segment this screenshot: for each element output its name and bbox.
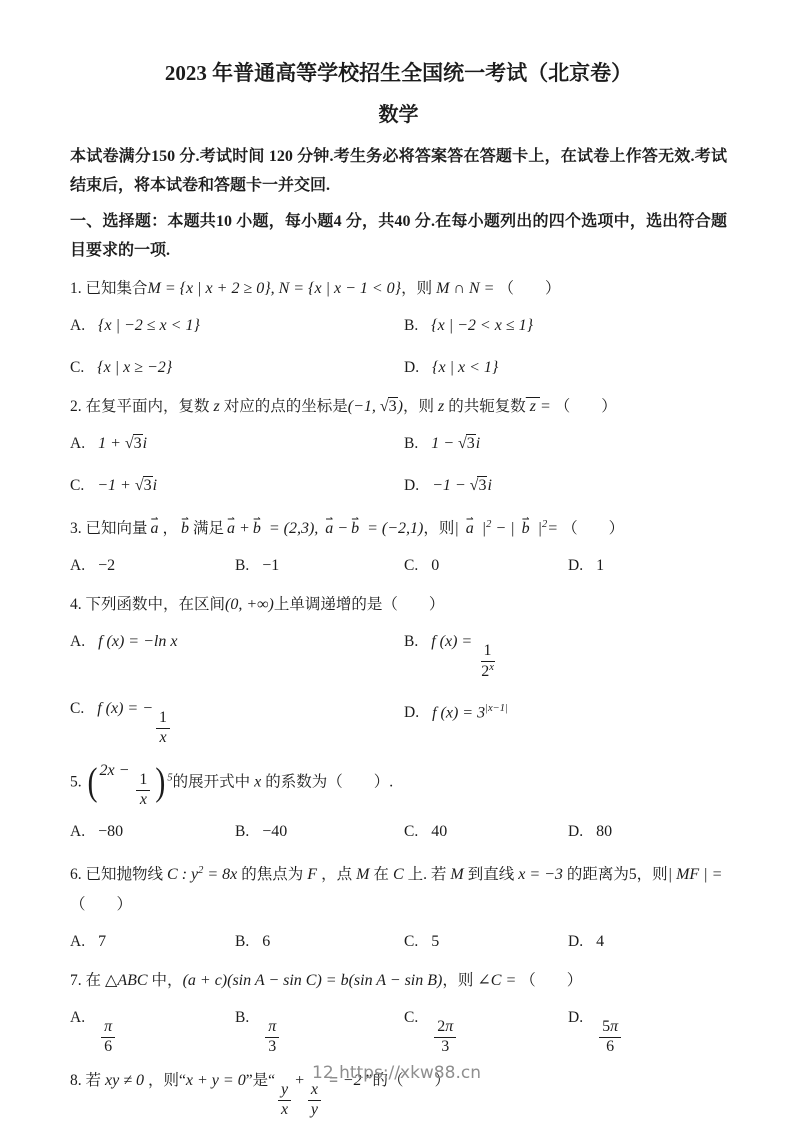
question-1-option-C: C.{x | x ≥ −2} [70,353,404,383]
text-run: 4. 下列函数中，在区间 [70,596,225,613]
vector-var: b⇀ [253,514,261,544]
math-run: π [104,1018,112,1035]
vector-var: a⇀ [466,514,474,544]
text-run: 上. 若 [408,866,447,883]
math-run: z [210,398,224,415]
question-5-option-B: B.−40 [235,817,404,847]
math-run: = (−2,1) [363,520,423,537]
text-run: 的系数为（ ）. [265,774,393,791]
math-run: f (x) = − [97,700,153,717]
vector-arrow-icon: ⇀ [522,504,530,534]
square-root: √3 [125,435,143,452]
math-run: | MF | = [668,866,723,883]
question-4: 4. 下列函数中，在区间(0, +∞)上单调递增的是（ ）A.f (x) = −… [70,590,727,747]
text-run: 满足 [193,520,224,537]
question-2-option-D: D.−1 − √3i [404,471,727,501]
square-root: √3 [470,477,488,494]
question-3-option-A: A.−2 [70,551,235,581]
question-5: 5. (2x − 1x)5的展开式中 x 的系数为（ ）.A.−80B.−40C… [70,756,727,847]
denominator: 6 [604,1038,616,1057]
question-4-option-D: D.f (x) = 3|x−1| [404,694,727,748]
numerator: x [308,1081,321,1101]
math-run: 1 + [98,435,125,452]
vector-arrow-icon: ⇀ [151,504,159,534]
math-run: 3 [268,1038,276,1055]
fraction: yx [278,1081,291,1120]
vector-arrow-icon: ⇀ [181,504,189,534]
text-run: 6. 已知抛物线 [70,866,163,883]
question-3-stem: 3. 已知向量a⇀，b⇀满足a⇀+b⇀ = (2,3), a⇀−b⇀ = (−2… [70,510,727,544]
question-7-option-A: A.π6 [70,1003,235,1057]
math-run: − [337,520,348,537]
denominator: 2x [479,662,496,682]
question-2-stem: 2. 在复平面内，复数 z 对应的点的坐标是(−1, √3)，则 z 的共轭复数… [70,392,727,422]
math-run: y [281,1081,288,1098]
math-run: −1 − [432,477,470,494]
question-1: 1. 已知集合M = {x | x + 2 ≥ 0}, N = {x | x −… [70,274,727,383]
fraction: π6 [101,1018,115,1057]
math-run: 1 [159,709,167,726]
paren-inner: 2x − 1x [99,756,155,810]
question-5-option-A: A.−80 [70,817,235,847]
option-label: D. [404,359,419,376]
question-1-stem: 1. 已知集合M = {x | x + 2 ≥ 0}, N = {x | x −… [70,274,727,304]
option-label: C. [70,477,84,494]
math-run: ∠C = [473,972,520,989]
question-6-option-C: C.5 [404,927,568,957]
question-1-option-B: B.{x | −2 < x ≤ 1} [404,311,727,341]
text-run: ， [163,520,179,537]
option-label: C. [70,359,84,376]
question-1-option-D: D.{x | x < 1} [404,353,727,383]
math-run: 1 [596,557,604,574]
numerator: 2π [434,1018,456,1038]
math-run: y [311,1101,318,1118]
option-label: D. [404,477,419,494]
option-label: A. [70,317,85,334]
math-run: 2x − [100,762,134,779]
math-run: 7 [98,933,106,950]
option-label: B. [235,823,249,840]
option-label: B. [235,933,249,950]
numerator: 1 [156,709,170,729]
question-1-option-A: A.{x | −2 ≤ x < 1} [70,311,404,341]
option-label: C. [70,700,84,717]
text-run: 7. 在 [70,972,101,989]
text-run: （ ） [520,972,582,989]
fraction: 1x [136,771,150,810]
math-run: △ABC [101,972,152,989]
question-4-option-A: A.f (x) = −ln x [70,627,404,682]
math-run: i [487,477,491,494]
vector-arrow-icon: ⇀ [253,504,261,534]
math-run: − | [491,520,518,537]
radicand: 3 [466,434,476,452]
math-run: M = {x | x + 2 ≥ 0}, N = {x | x − 1 < 0} [148,280,402,297]
math-run: (a + c)(sin A − sin C) = b(sin A − sin B… [183,972,443,989]
question-6-option-B: B.6 [235,927,404,957]
vector-var: b⇀ [351,514,359,544]
question-7-options: A.π6B.π3C.2π3D.5π6 [70,1003,727,1057]
text-run: ，则 [423,520,454,537]
text-run: 的焦点为 [241,866,303,883]
math-run: 40 [431,823,447,840]
question-3-option-D: D.1 [568,551,727,581]
math-run: i [476,435,480,452]
exam-subject-title: 数学 [70,102,727,128]
math-run: 5 [602,1018,610,1035]
text-run: ，则 [442,972,473,989]
math-run: 6 [262,933,270,950]
question-5-option-C: C.40 [404,817,568,847]
question-2-option-C: C.−1 + √3i [70,471,404,501]
denominator: y [309,1101,320,1120]
text-run: 的展开式中 [173,774,251,791]
math-run: x [250,774,265,791]
math-run: M [352,866,373,883]
superscript: x [489,662,494,673]
square-root: √3 [380,398,398,415]
math-run: (0, +∞) [225,596,274,613]
math-run: 6 [606,1038,614,1055]
square-root: √3 [135,477,153,494]
fraction: π3 [265,1018,279,1057]
option-label: A. [70,633,85,650]
superscript: |x−1| [485,703,508,714]
math-run: M [446,866,467,883]
option-label: B. [235,1009,249,1026]
question-7-option-C: C.2π3 [404,1003,568,1057]
vector-arrow-icon: ⇀ [227,504,235,534]
question-7-option-D: D.5π6 [568,1003,727,1057]
left-paren: ( [87,764,99,803]
text-run: 上单调递增的是（ ） [274,596,445,613]
fraction: xy [308,1081,321,1120]
text-run: 到直线 [468,866,515,883]
fraction: 5π6 [599,1018,621,1057]
math-run: x [281,1101,288,1118]
option-label: A. [70,823,85,840]
option-label: C. [404,557,418,574]
question-3-options: A.−2B.−1C.0D.1 [70,551,727,581]
math-run: | [454,520,462,537]
fraction: 1x [156,709,170,748]
option-label: A. [70,933,85,950]
math-run: {x | x < 1} [432,359,498,376]
denominator: x [157,729,168,748]
question-2-options: A.1 + √3iB.1 − √3iC.−1 + √3iD.−1 − √3i [70,429,727,501]
page-content: 2023 年普通高等学校招生全国统一考试（北京卷） 数学 本试卷满分150 分.… [0,0,793,1120]
option-label: B. [404,317,418,334]
math-run: {x | −2 < x ≤ 1} [431,317,533,334]
text-run: ，点 [321,866,352,883]
numerator: 1 [481,642,495,662]
math-run: 0 [431,557,439,574]
math-run: F [303,866,321,883]
math-run: x = −3 [514,866,567,883]
option-label: C. [404,1009,418,1026]
text-run: （ ） [555,398,617,415]
math-run: {x | x ≥ −2} [97,359,172,376]
math-run: = 8x [203,866,241,883]
text-run: 3. 已知向量 [70,520,148,537]
vector-var: a⇀ [151,514,159,544]
vector-var: a⇀ [227,514,235,544]
vector-var: b⇀ [181,514,189,544]
text-run: 5. [70,774,86,791]
option-label: A. [70,435,85,452]
question-3: 3. 已知向量a⇀，b⇀满足a⇀+b⇀ = (2,3), a⇀−b⇀ = (−2… [70,510,727,581]
exam-instructions: 本试卷满分150 分.考试时间 120 分钟.考生务必将答案答在答题卡上，在试卷… [70,142,727,200]
option-label: D. [404,704,419,721]
math-run: {x | −2 ≤ x < 1} [98,317,200,334]
math-run: M ∩ N = [432,280,498,297]
math-run: −80 [98,823,123,840]
math-run: + [239,520,250,537]
math-run: 6 [104,1038,112,1055]
math-run: C : y [163,866,198,883]
denominator: 6 [102,1038,114,1057]
text-run: 中， [152,972,183,989]
math-run: | [534,520,542,537]
text-run: （ ） [70,896,132,913]
numerator: π [265,1018,279,1038]
math-run: (−1, [348,398,380,415]
math-run: z [434,398,448,415]
vector-arrow-icon: ⇀ [325,504,333,534]
math-run: 1 [139,771,147,788]
text-run: 2. 在复平面内，复数 [70,398,210,415]
exam-paper-page: 2023 年普通高等学校招生全国统一考试（北京卷） 数学 本试卷满分150 分.… [0,0,793,1122]
page-footer: 12 https://xkw88.cn [0,1063,793,1083]
question-4-option-B: B.f (x) = 12x [404,627,727,682]
question-7-option-B: B.π3 [235,1003,404,1057]
question-7-stem: 7. 在 △ABC 中，(a + c)(sin A − sin C) = b(s… [70,966,727,996]
math-run: −2 [98,557,115,574]
option-label: A. [70,1009,85,1026]
math-run: π [445,1018,453,1035]
question-4-option-C: C.f (x) = −1x [70,694,404,748]
exam-title: 2023 年普通高等学校招生全国统一考试（北京卷） [70,58,727,88]
numerator: 5π [599,1018,621,1038]
text-run: ，则 [401,280,432,297]
math-run: C [389,866,408,883]
question-3-option-C: C.0 [404,551,568,581]
math-run: f (x) = 3 [432,704,485,721]
option-label: A. [70,557,85,574]
math-run: f (x) = −ln x [98,633,177,650]
question-6-stem: 6. 已知抛物线 C : y2 = 8x 的焦点为 F ，点 M 在 C 上. … [70,856,727,920]
math-run: x [311,1081,318,1098]
math-run: = (2,3), [265,520,322,537]
fraction: 2π3 [434,1018,456,1057]
math-run: = [547,520,562,537]
denominator: x [138,791,149,810]
question-2-option-B: B.1 − √3i [404,429,727,459]
numerator: y [278,1081,291,1101]
text-run: ，则 [403,398,434,415]
text-run: 1. 已知集合 [70,280,148,297]
denominator: x [279,1101,290,1120]
option-label: B. [404,435,418,452]
question-7: 7. 在 △ABC 中，(a + c)(sin A − sin C) = b(s… [70,966,727,1057]
question-2: 2. 在复平面内，复数 z 对应的点的坐标是(−1, √3)，则 z 的共轭复数… [70,392,727,501]
math-run: = [540,398,555,415]
overline-var: z [526,398,540,415]
math-run: f (x) = [431,633,476,650]
text-run: 对应的点的坐标是 [224,398,348,415]
denominator: 3 [439,1038,451,1057]
math-run: x [159,729,166,746]
vector-arrow-icon: ⇀ [351,504,359,534]
math-run: i [153,477,157,494]
question-4-stem: 4. 下列函数中，在区间(0, +∞)上单调递增的是（ ） [70,590,727,620]
question-5-options: A.−80B.−40C.40D.80 [70,817,727,847]
math-run: π [610,1018,618,1035]
math-run: 1 − [431,435,458,452]
right-paren: ) [154,764,166,803]
vector-var: b⇀ [522,514,530,544]
option-label: B. [404,633,418,650]
text-run: （ ） [498,280,560,297]
math-run: −40 [262,823,287,840]
question-6: 6. 已知抛物线 C : y2 = 8x 的焦点为 F ，点 M 在 C 上. … [70,856,727,957]
math-run: 4 [596,933,604,950]
denominator: 3 [266,1038,278,1057]
question-3-option-B: B.−1 [235,551,404,581]
text-run: （ ） [562,520,624,537]
text-run: 在 [373,866,389,883]
radicand: 3 [388,397,398,415]
question-6-options: A.7B.6C.5D.4 [70,927,727,957]
vector-arrow-icon: ⇀ [466,504,474,534]
numerator: π [101,1018,115,1038]
math-run: 1 [484,642,492,659]
radicand: 3 [143,476,153,494]
square-root: √3 [458,435,476,452]
math-run: 80 [596,823,612,840]
question-4-options: A.f (x) = −ln xB.f (x) = 12xC.f (x) = −1… [70,627,727,747]
math-run: | [478,520,486,537]
text-run: 的距离为5，则 [567,866,668,883]
section-1-heading: 一、选择题：本题共10 小题，每小题4 分，共40 分.在每小题列出的四个选项中… [70,207,727,265]
math-run: 5 [431,933,439,950]
question-2-option-A: A.1 + √3i [70,429,404,459]
math-run: −1 + [97,477,135,494]
option-label: D. [568,557,583,574]
question-1-options: A.{x | −2 ≤ x < 1}B.{x | −2 < x ≤ 1}C.{x… [70,311,727,383]
math-run: π [268,1018,276,1035]
question-6-option-A: A.7 [70,927,235,957]
numerator: 1 [136,771,150,791]
radicand: 3 [133,434,143,452]
option-label: C. [404,823,418,840]
radicand: 3 [477,476,487,494]
math-run: 3 [441,1038,449,1055]
math-run: i [143,435,147,452]
vector-var: a⇀ [325,514,333,544]
fraction: 12x [479,642,496,682]
paren-group: (2x − 1x) [87,756,167,810]
option-label: D. [568,823,583,840]
question-6-option-D: D.4 [568,927,727,957]
math-run: −1 [262,557,279,574]
question-5-stem: 5. (2x − 1x)5的展开式中 x 的系数为（ ）. [70,756,727,810]
text-run: 的共轭复数 [448,398,526,415]
questions: 1. 已知集合M = {x | x + 2 ≥ 0}, N = {x | x −… [70,274,727,1120]
option-label: D. [568,933,583,950]
option-label: C. [404,933,418,950]
option-label: B. [235,557,249,574]
option-label: D. [568,1009,583,1026]
math-run: x [140,791,147,808]
question-5-option-D: D.80 [568,817,727,847]
